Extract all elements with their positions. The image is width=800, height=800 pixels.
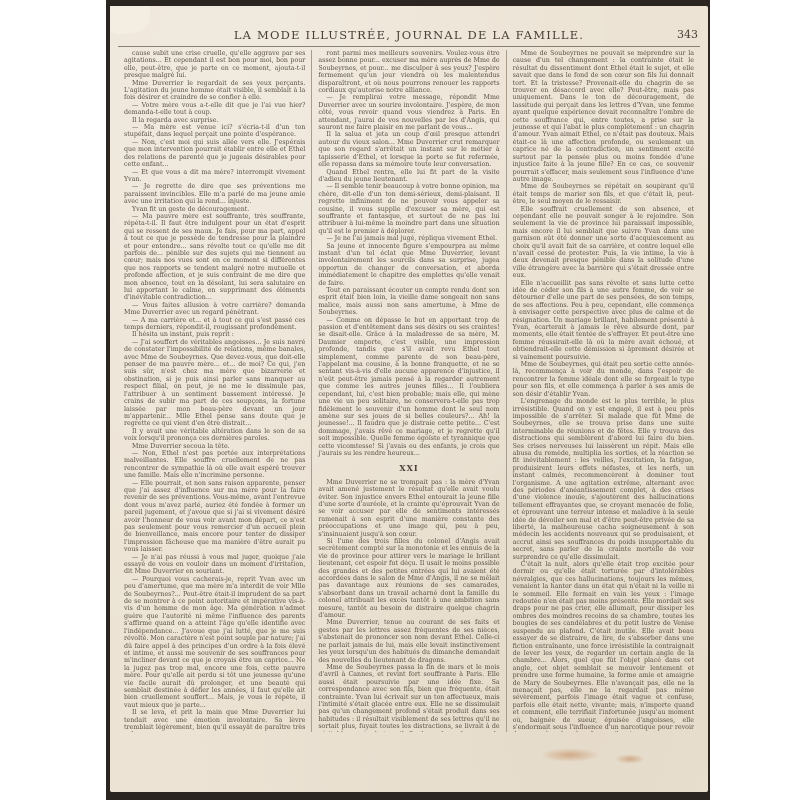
- paragraph: Quand Ethel rentra, elle lui fit part de…: [318, 169, 499, 184]
- paragraph: L'engrenage du monde est le plus terribl…: [513, 398, 694, 561]
- paragraph: Mme Duverrier ne se trompait pas : la mè…: [318, 479, 499, 538]
- paragraph: — Votre mère vous a-t-elle dit que je l'…: [124, 102, 305, 117]
- column-3: Mme de Soubeyrnes ne pouvait se méprendr…: [506, 50, 700, 732]
- paragraph: Yvan fit un geste de découragement.: [124, 206, 305, 213]
- paragraph: — Pourquoi vous cacherais-je, reprit Yva…: [124, 576, 305, 709]
- paragraph: — Je n'ai pas réussi à vous mal juger, q…: [124, 554, 305, 576]
- running-header: LA MODE ILLUSTRÉE, JOURNAL DE LA FAMILLE…: [118, 28, 700, 47]
- paragraph: Elle n'accueillit pas sans révolte et sa…: [513, 280, 694, 361]
- paragraph: C'était la nuit, alors qu'elle était tro…: [513, 561, 694, 732]
- paragraph: Il hésita un instant, puis reprit :: [124, 331, 305, 338]
- paragraph: Mme de Soubeyrnes ne pouvait se méprendr…: [513, 50, 694, 183]
- paragraph: Mme de Soubeyrnes passa la fin de mars e…: [318, 664, 499, 732]
- paragraph: — Non, Ethel n'est pas portée aux interp…: [124, 450, 305, 480]
- newspaper-page: LA MODE ILLUSTRÉE, JOURNAL DE LA FAMILLE…: [110, 6, 708, 792]
- journal-title: LA MODE ILLUSTRÉE, JOURNAL DE LA FAMILLE…: [118, 28, 700, 42]
- paragraph: — Il semble tenir beaucoup à votre bonne…: [318, 183, 499, 235]
- paragraph: Sa jeune et innocente figure s'empourpra…: [318, 243, 499, 287]
- paragraph: Il y avait une véritable altération dans…: [124, 428, 305, 443]
- column-1: cause subit une crise cruelle, qu'elle a…: [118, 50, 311, 732]
- column-2: ront parmi mes meilleurs souvenirs. Voul…: [311, 50, 505, 732]
- paragraph: Tout en paraissant écouter un compte ren…: [318, 287, 499, 317]
- paragraph: ront parmi mes meilleurs souvenirs. Voul…: [318, 50, 499, 94]
- paragraph: — Elle pourrait, et non sans raison appa…: [124, 480, 305, 554]
- paragraph: — A ma carrière et... et à tout ce qui s…: [124, 317, 305, 332]
- paragraph: Mme Duverrier secoua la tête.: [124, 443, 305, 450]
- paragraph: Il la salua et jeta un coup d'œil presqu…: [318, 131, 499, 168]
- paragraph: cause subit une crise cruelle, qu'elle a…: [124, 50, 305, 80]
- paragraph: Mme de Soubeyrnes se répétait en soupira…: [513, 183, 694, 205]
- stain-mark: [615, 754, 645, 764]
- paragraph: — Je ne l'ai jamais mal jugé, répliqua v…: [318, 235, 499, 242]
- page-number: 343: [677, 28, 698, 41]
- paragraph: — Comme on dépasse le but en apportant t…: [318, 317, 499, 458]
- paragraph: Mme de Soubeyrnes, qui était peu sortie …: [513, 361, 694, 398]
- paragraph: Si l'une des trois filles du colonel d'A…: [318, 538, 499, 619]
- stain-mark: [540, 748, 600, 762]
- paragraph: — J'ai souffert de véritables angoisses.…: [124, 339, 305, 428]
- paragraph: — Et que vous a dit ma mère? interrompit…: [124, 169, 305, 184]
- paragraph: — Non, c'est moi qui suis allée vers ell…: [124, 139, 305, 169]
- section-heading: XXI: [318, 465, 499, 472]
- paragraph: — Je remplirai votre message, répondit M…: [318, 94, 499, 131]
- paragraph: Il la regarda avec surprise.: [124, 117, 305, 124]
- paragraph: — Ma pauvre mère est souffrante, très so…: [124, 213, 305, 302]
- text-columns: cause subit une crise cruelle, qu'elle a…: [118, 50, 700, 732]
- paragraph: — Vous faites allusion à votre carrière?…: [124, 302, 305, 317]
- paragraph: Mme Duverrier, tenue au courant de ses f…: [318, 619, 499, 663]
- paragraph: — Ma mère est venue ici? s'écria-t-il d'…: [124, 124, 305, 139]
- paragraph: Mme Duverrier le regardait de ses yeux p…: [124, 80, 305, 102]
- paragraph: — Je regrette de dire que ses prévention…: [124, 183, 305, 205]
- paragraph: Il se leva, et prit la main que Mme Duve…: [124, 709, 305, 732]
- paragraph: Elle souffrait cruellement de son absenc…: [513, 206, 694, 280]
